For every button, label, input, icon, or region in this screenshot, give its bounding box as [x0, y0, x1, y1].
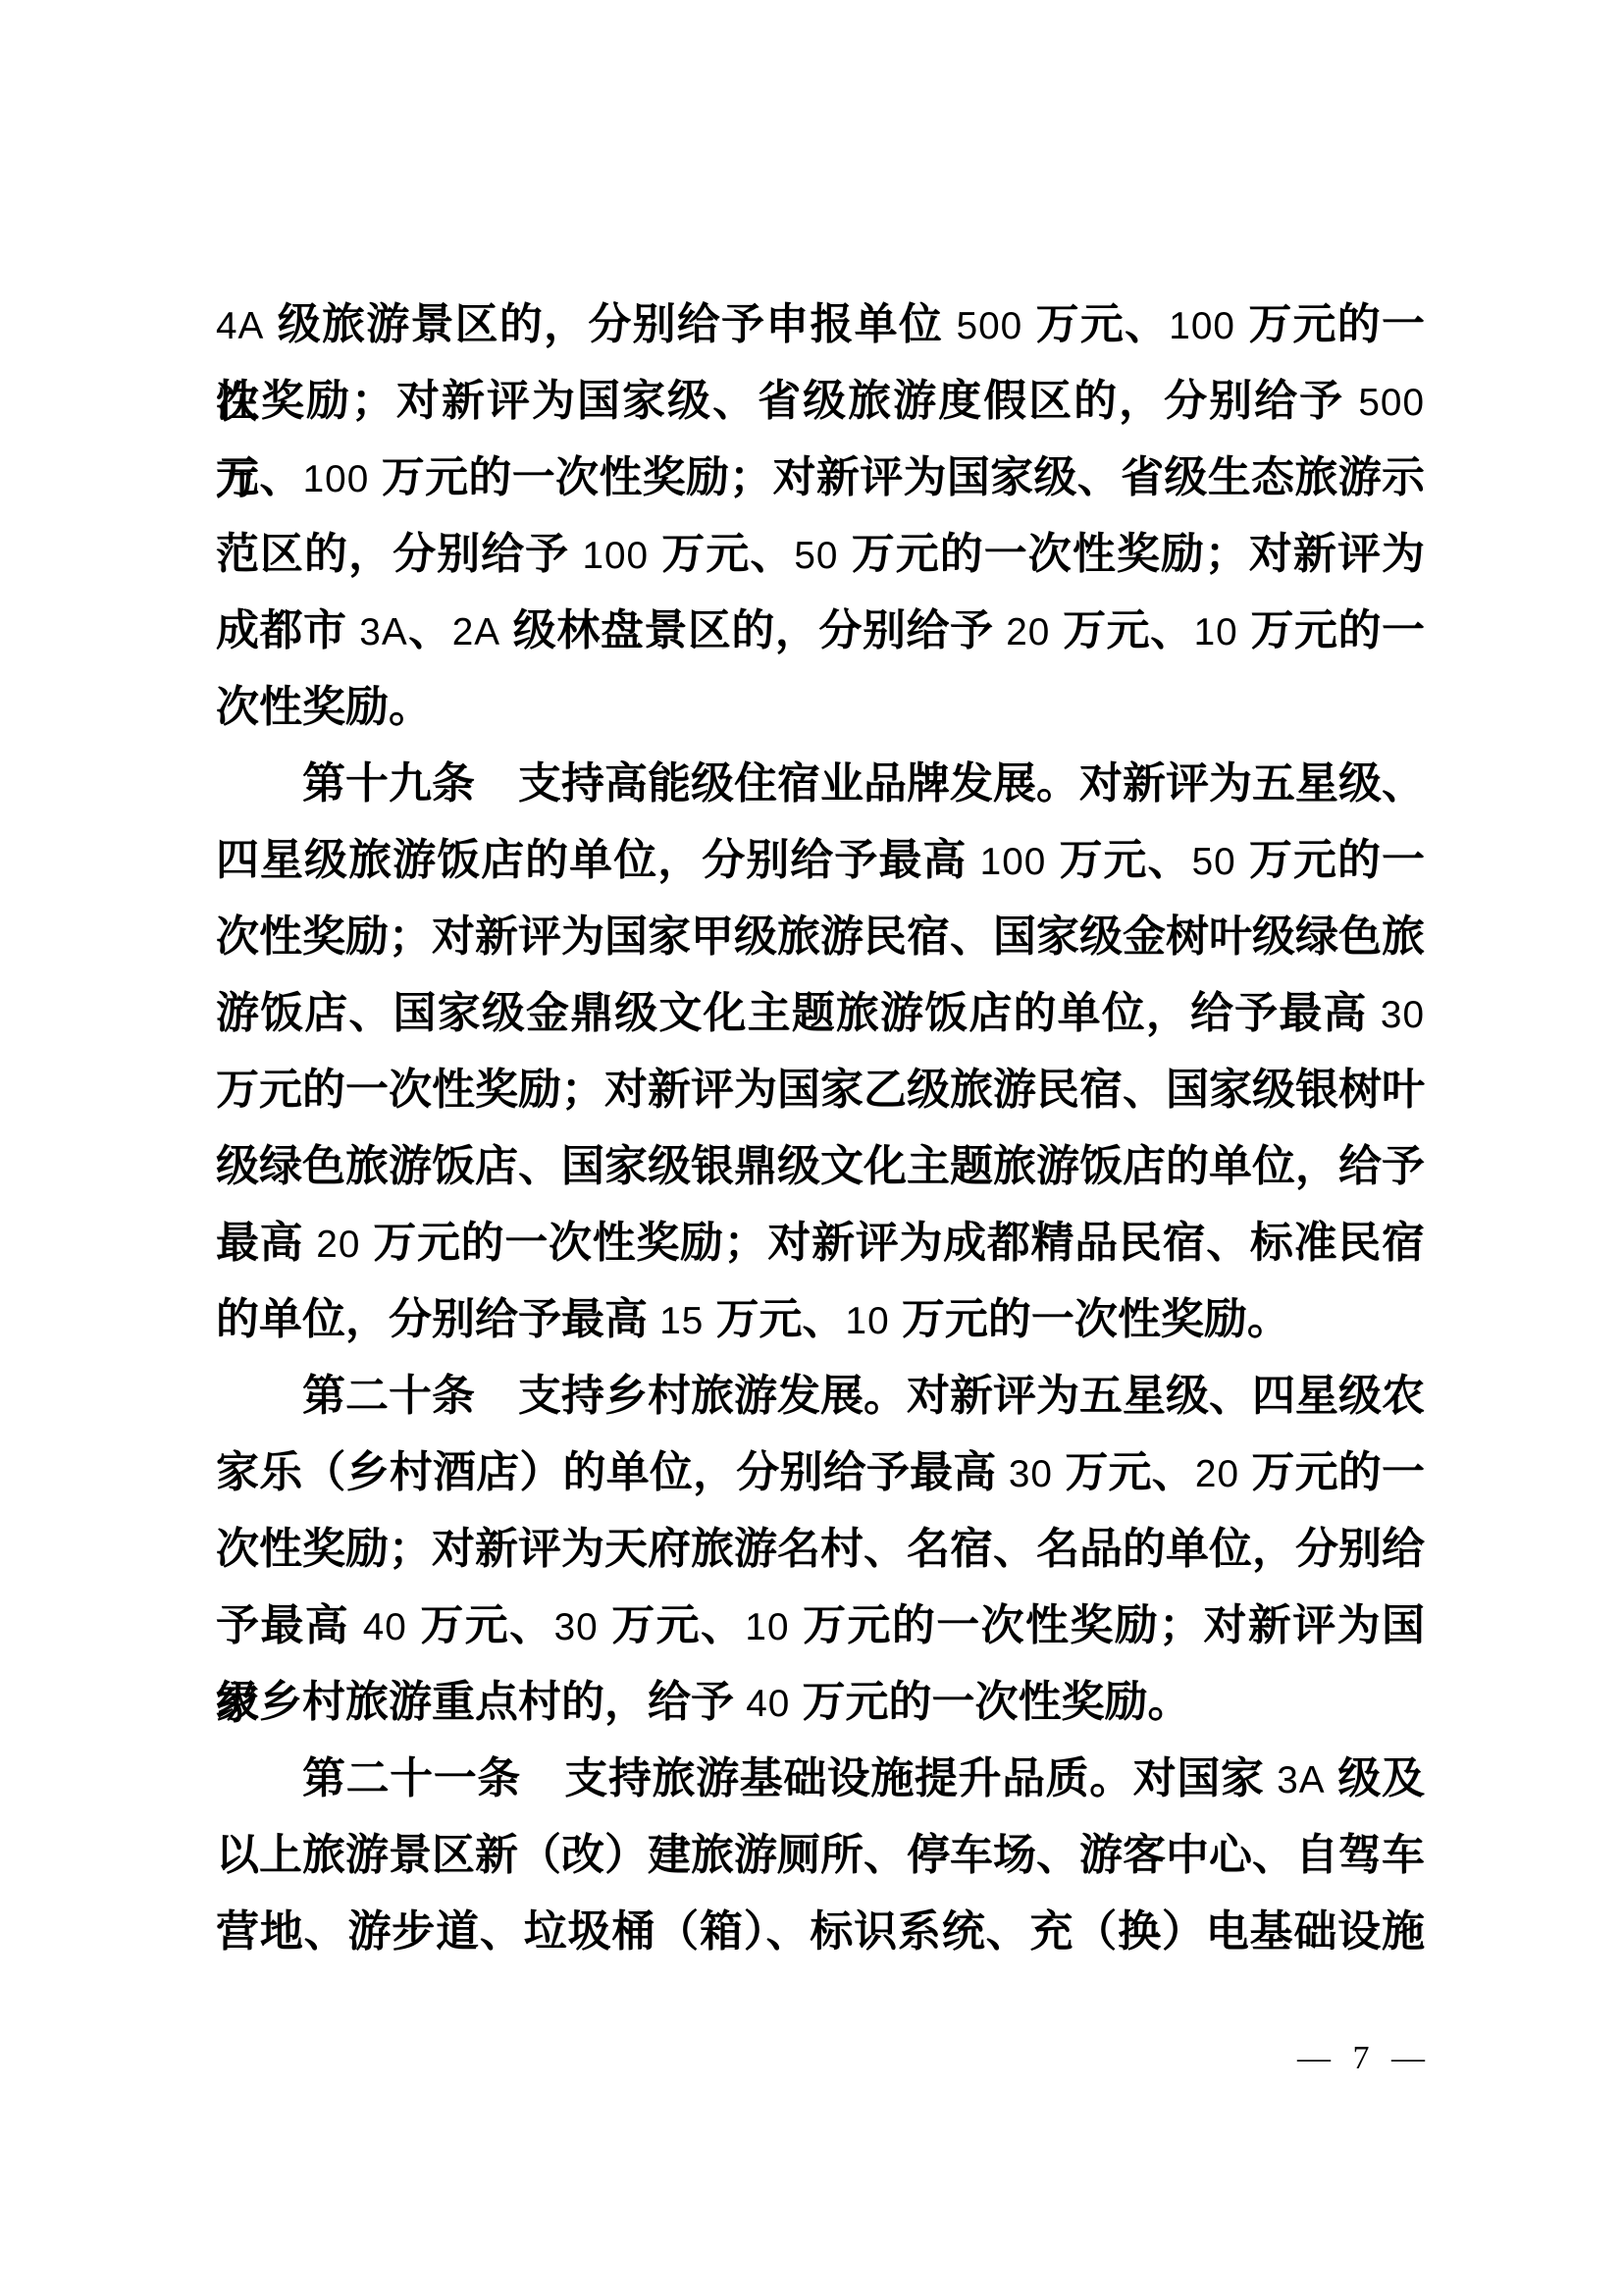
text-line: 范区的，分别给予 100 万元、50 万元的一次性奖励；对新评为: [216, 516, 1425, 593]
text-line: 家乐（乡村酒店）的单位，分别给予最高 30 万元、20 万元的一: [216, 1435, 1425, 1511]
text-line: 4A 级旅游景区的，分别给予申报单位 500 万元、100 万元的一次: [216, 287, 1425, 363]
text-line: 成都市 3A、2A 级林盘景区的，分别给予 20 万元、10 万元的一: [216, 593, 1425, 669]
paragraph-article-21: 第二十一条 支持旅游基础设施提升品质。对国家 3A 级及 以上旅游景区新（改）建…: [216, 1741, 1425, 1970]
text-line: 的单位，分别给予最高 15 万元、10 万元的一次性奖励。: [216, 1281, 1425, 1358]
text-line: 四星级旅游饭店的单位，分别给予最高 100 万元、50 万元的一: [216, 822, 1425, 899]
text-line: 游饭店、国家级金鼎级文化主题旅游饭店的单位，给予最高 30: [216, 975, 1425, 1052]
text-line: 营地、游步道、垃圾桶（箱）、标识系统、充（换）电基础设施: [216, 1894, 1425, 1970]
text-line: 次性奖励。: [216, 669, 1425, 746]
article-19-heading-line: 第十九条 支持高能级住宿业品牌发展。对新评为五星级、: [216, 746, 1425, 822]
paragraph-article-18-continuation: 4A 级旅游景区的，分别给予申报单位 500 万元、100 万元的一次 性奖励；…: [216, 287, 1425, 746]
text-line: 元、100 万元的一次性奖励；对新评为国家级、省级生态旅游示: [216, 440, 1425, 516]
document-body: 4A 级旅游景区的，分别给予申报单位 500 万元、100 万元的一次 性奖励；…: [216, 287, 1425, 1970]
document-page: 4A 级旅游景区的，分别给予申报单位 500 万元、100 万元的一次 性奖励；…: [0, 0, 1623, 2296]
text-line: 予最高 40 万元、30 万元、10 万元的一次性奖励；对新评为国家: [216, 1588, 1425, 1664]
text-line: 次性奖励；对新评为国家甲级旅游民宿、国家级金树叶级绿色旅: [216, 899, 1425, 975]
article-21-heading-line: 第二十一条 支持旅游基础设施提升品质。对国家 3A 级及: [216, 1741, 1425, 1817]
text-line: 级乡村旅游重点村的，给予 40 万元的一次性奖励。: [216, 1664, 1425, 1741]
text-line: 次性奖励；对新评为天府旅游名村、名宿、名品的单位，分别给: [216, 1511, 1425, 1588]
paragraph-article-20: 第二十条 支持乡村旅游发展。对新评为五星级、四星级农 家乐（乡村酒店）的单位，分…: [216, 1358, 1425, 1741]
page-number: — 7 —: [1297, 2040, 1425, 2076]
text-line: 级绿色旅游饭店、国家级银鼎级文化主题旅游饭店的单位，给予: [216, 1128, 1425, 1205]
text-line: 万元的一次性奖励；对新评为国家乙级旅游民宿、国家级银树叶: [216, 1052, 1425, 1128]
paragraph-article-19: 第十九条 支持高能级住宿业品牌发展。对新评为五星级、 四星级旅游饭店的单位，分别…: [216, 746, 1425, 1358]
text-line: 性奖励；对新评为国家级、省级旅游度假区的，分别给予 500 万: [216, 363, 1425, 440]
page-footer: — 7 —: [1297, 2039, 1425, 2078]
text-line: 最高 20 万元的一次性奖励；对新评为成都精品民宿、标准民宿: [216, 1205, 1425, 1281]
text-line: 以上旅游景区新（改）建旅游厕所、停车场、游客中心、自驾车: [216, 1817, 1425, 1894]
article-20-heading-line: 第二十条 支持乡村旅游发展。对新评为五星级、四星级农: [216, 1358, 1425, 1435]
